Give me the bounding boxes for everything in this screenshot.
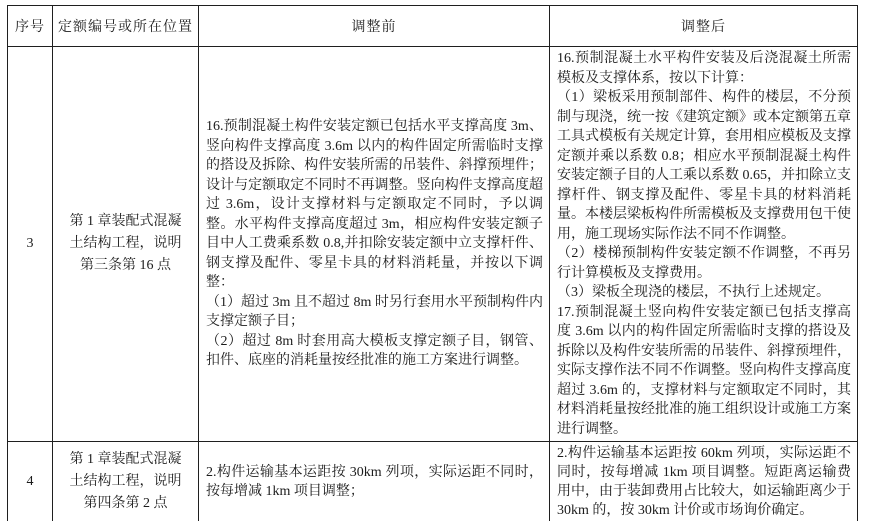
paragraph: 2.构件运输基本运距按 30km 列项，实际运距不同时，按每增减 1km 项目调… [206,463,543,501]
paragraph: 16.预制混凝土水平构件安装及后浇混凝土所需模板及支撑体系，按以下计算： [557,49,851,88]
paragraph: 2.构件运输基本运距按 60km 列项，实际运距不同时，按每增减 1km 项目调… [557,444,851,520]
after-cell: 16.预制混凝土水平构件安装及后浇混凝土所需模板及支撑体系，按以下计算：（1）梁… [550,47,858,442]
paragraph: （2）超过 8m 时套用高大模板支撑定额子目，钢管、扣件、底座的消耗量按经批准的… [206,332,543,371]
paragraph: （3）梁板全现浇的楼层，不执行上述规定。 [557,283,851,303]
header-after: 调整后 [550,6,858,47]
header-seq: 序号 [8,6,53,47]
document-page: 序号 定额编号或所在位置 调整前 调整后 3 第 1 章装配式混凝土结构工程，说… [0,0,870,521]
table-header-row: 序号 定额编号或所在位置 调整前 调整后 [8,6,858,47]
seq-cell: 4 [8,442,53,521]
table-row: 4 第 1 章装配式混凝土结构工程，说明第四条第 2 点 2.构件运输基本运距按… [8,442,858,521]
seq-cell: 3 [8,47,53,442]
quota-adjustment-table: 序号 定额编号或所在位置 调整前 调整后 3 第 1 章装配式混凝土结构工程，说… [7,5,858,521]
location-cell: 第 1 章装配式混凝土结构工程，说明第四条第 2 点 [53,442,199,521]
paragraph: （1）梁板采用预制部件、构件的楼层，不分预制与现浇，统一按《建筑定额》或本定额第… [557,88,851,244]
table-row: 3 第 1 章装配式混凝土结构工程，说明第三条第 16 点 16.预制混凝土构件… [8,47,858,442]
before-cell: 2.构件运输基本运距按 30km 列项，实际运距不同时，按每增减 1km 项目调… [199,442,550,521]
before-cell: 16.预制混凝土构件安装定额已包括水平支撑高度 3m、竖向构件支撑高度 3.6m… [199,47,550,442]
paragraph: （2）楼梯预制构件安装定额不作调整，不再另行计算模板及支撑费用。 [557,244,851,283]
paragraph: 16.预制混凝土构件安装定额已包括水平支撑高度 3m、竖向构件支撑高度 3.6m… [206,117,543,293]
header-before: 调整前 [199,6,550,47]
paragraph: 17.预制混凝土竖向构件安装定额已包括支撑高度 3.6m 以内的构件固定所需临时… [557,303,851,440]
location-cell: 第 1 章装配式混凝土结构工程，说明第三条第 16 点 [53,47,199,442]
after-cell: 2.构件运输基本运距按 60km 列项，实际运距不同时，按每增减 1km 项目调… [550,442,858,521]
paragraph: （1）超过 3m 且不超过 8m 时另行套用水平预制构件内支撑定额子目； [206,293,543,332]
header-location: 定额编号或所在位置 [53,6,199,47]
